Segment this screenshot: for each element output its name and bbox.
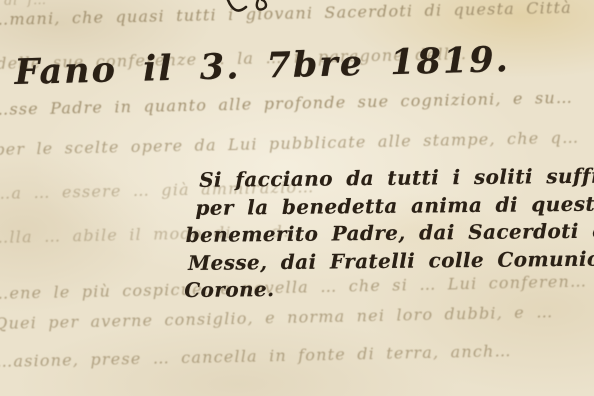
showthrough-line-9: …asione, prese … cancella in fonte di te… xyxy=(0,341,512,371)
note-line: Si facciano da tutti i soliti suffragi xyxy=(199,162,594,194)
note-line: Messe, dai Fratelli colle Comunioni, e xyxy=(188,245,594,277)
showthrough-line-8: Quei per averne consiglio, e norma nei l… xyxy=(0,302,554,333)
note-line: benemerito Padre, dai Sacerdoti colle xyxy=(186,217,594,249)
showthrough-line-1: …mani, che quasi tutti i giovani Sacerdo… xyxy=(0,0,572,29)
showthrough-line-3: …sse Padre in quanto alle profonde sue c… xyxy=(0,88,573,119)
showthrough-line-4: per le scelte opere da Lui pubblicate al… xyxy=(0,128,579,159)
showthrough-corner-fragment: di f… xyxy=(4,0,47,9)
note-paragraph: Si facciano da tutti i soliti suffragi p… xyxy=(183,162,594,304)
manuscript-page: di f… …mani, che quasi tutti i giovani S… xyxy=(0,0,594,396)
note-line: Corone. xyxy=(184,272,594,304)
note-line: per la benedetta anima di questo xyxy=(195,190,594,222)
date-line: Fano il 3. 7bre 1819. xyxy=(14,39,510,93)
ink-flourish-cutoff xyxy=(222,0,282,16)
